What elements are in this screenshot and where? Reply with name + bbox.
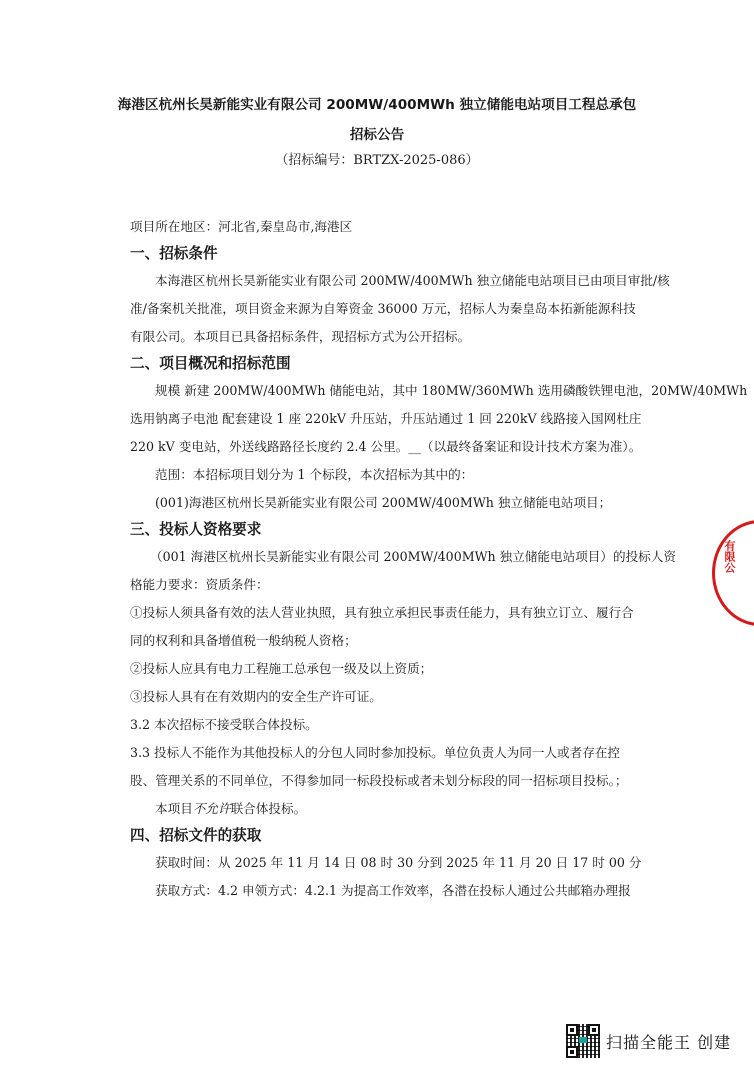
section-3-line-4: 同的权利和具备增值税一般纳税人资格； [130,633,357,649]
section-1-heading: 一、招标条件 [130,245,218,263]
bid-number: （招标编号：BRTZX-2025-086） [0,152,754,170]
section-3-line-5: ②投标人应具有电力工程施工总承包一级及以上资质； [130,661,432,677]
section-2-line-2: 选用钠离子电池 配套建设 1 座 220kV 升压站，升压站通过 1 回 220… [130,411,641,427]
section-3-line-10-italic: 不允许 [193,801,231,816]
section-2-line-3: 220 kV 变电站，外送线路路径长度约 2.4 公里。__（以最终备案证和设计… [130,439,641,455]
section-3-line-8: 3.3 投标人不能作为其他投标人的分包人同时参加投标。单位负责人为同一人或者存在… [130,745,620,761]
qr-code-icon [566,1024,600,1058]
section-2-line-5: (001)海港区杭州长昊新能实业有限公司 200MW/400MWh 独立储能电站… [155,495,611,511]
section-3-line-1: （001 海港区杭州长昊新能实业有限公司 200MW/400MWh 独立储能电站… [150,549,676,565]
section-3-line-2: 格能力要求：资质条件： [130,577,269,593]
section-4-line-2: 获取方式：4.2 申领方式：4.2.1 为提高工作效率，各潜在投标人通过公共邮箱… [155,883,631,899]
section-1-line-1: 本海港区杭州长昊新能实业有限公司 200MW/400MWh 独立储能电站项目已由… [155,273,670,289]
project-location: 项目所在地区：河北省,秦皇岛市,海港区 [130,219,352,235]
section-4-heading: 四、招标文件的获取 [130,827,261,845]
scanner-watermark: 扫描全能王 创建 [566,1024,731,1058]
watermark-text: 扫描全能王 创建 [606,1030,731,1053]
section-3-line-10-a: 本项目 [155,801,193,816]
section-1-line-3: 有限公司。本项目已具备招标条件，现招标方式为公开招标。 [130,329,470,345]
section-1-line-2: 准/备案机关批准，项目资金来源为自筹资金 36000 万元，招标人为秦皇岛本拓新… [130,301,636,317]
document-title-line2: 招标公告 [0,126,754,144]
section-3-line-3: ①投标人须具备有效的法人营业执照，具有独立承担民事责任能力，具有独立订立、履行合 [130,605,634,621]
section-3-line-6: ③投标人具有在有效期内的安全生产许可证。 [130,689,382,705]
section-2-line-4: 范围：本招标项目划分为 1 个标段，本次招标为其中的： [155,467,473,483]
section-3-line-10: 本项目不允许联合体投标。 [155,801,306,817]
section-3-line-10-b: 联合体投标。 [231,801,307,816]
section-3-line-7: 3.2 本次招标不接受联合体投标。 [130,717,318,733]
red-seal-stamp [712,520,754,626]
section-3-line-9: 股、管理关系的不同单位，不得参加同一标段投标或者未划分标段的同一招标项目投标。； [130,773,627,789]
document-title-line1: 海港区杭州长昊新能实业有限公司 200MW/400MWh 独立储能电站项目工程总… [0,96,754,114]
section-3-heading: 三、投标人资格要求 [130,521,261,539]
stamp-text: 有限公 [722,540,736,573]
section-2-line-1: 规模 新建 200MW/400MWh 储能电站，其中 180MW/360MWh … [155,383,747,399]
section-4-line-1: 获取时间：从 2025 年 11 月 14 日 08 时 30 分到 2025 … [155,855,641,871]
section-2-heading: 二、项目概况和招标范围 [130,355,291,373]
